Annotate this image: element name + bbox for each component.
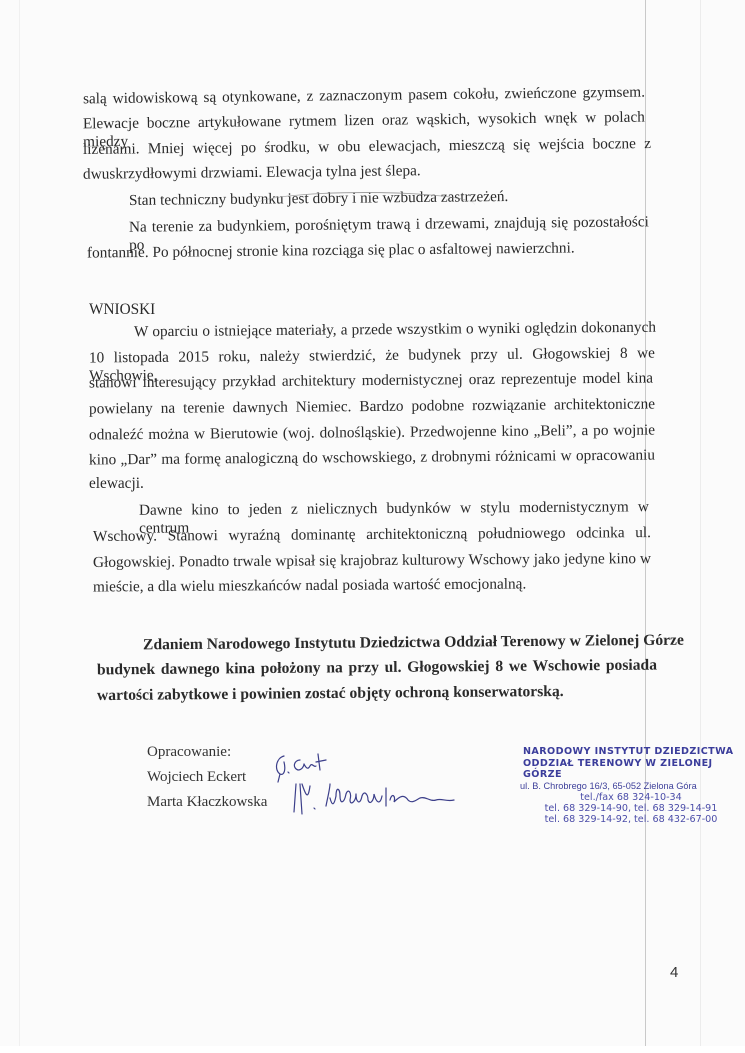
section-heading-conclusions: WNIOSKI — [89, 301, 155, 319]
scan-fold-line — [19, 0, 20, 1046]
opinion-text-line: Zdaniem Narodowego Instytutu Dziedzictwa… — [143, 632, 684, 655]
body-text-line: mieście, a dla wielu mieszkańców nadal p… — [93, 575, 526, 596]
body-text-line: kino „Dar” ma formę analogiczną do wscho… — [89, 447, 655, 470]
body-text-line: odnaleźć można w Bierutowie (woj. dolnoś… — [89, 422, 655, 445]
scan-fold-line — [700, 0, 701, 1046]
body-text-line: Głogowskiej. Ponadto trwale wpisał się k… — [93, 550, 651, 572]
body-text-line: dwuskrzydłowymi drzwiami. Elewacja tylna… — [83, 162, 421, 184]
body-text-line: stanowi interesujący przykład architektu… — [89, 370, 653, 393]
body-text-line: fontannie. Po północnej stronie kina roz… — [87, 239, 575, 262]
stamp-branch-name: ODDZIAŁ TERENOWY W ZIELONEJ GÓRZE — [518, 758, 744, 781]
body-text-line: elewacji. — [89, 475, 144, 493]
page-edge — [0, 1046, 745, 1053]
document-page: salą widowiskową są otynkowane, z zaznac… — [0, 0, 745, 1047]
author-name: Marta Kłaczkowska — [147, 790, 267, 815]
stamp-address: ul. B. Chrobrego 16/3, 65-052 Zielona Gó… — [518, 781, 744, 793]
body-text-line: W oparciu o istniejące materiały, a prze… — [134, 319, 656, 342]
authors-block: Opracowanie: Wojciech Eckert Marta Kłacz… — [147, 740, 267, 815]
opinion-text-line: wartości zabytkowe i powinien zostać obj… — [97, 683, 564, 705]
signature-klaczkowska — [290, 778, 460, 823]
body-text-line: salą widowiskową są otynkowane, z zaznac… — [83, 84, 645, 109]
stamp-phones-1: tel. 68 329-14-90, tel. 68 329-14-91 — [518, 803, 744, 814]
stamp-institution-name: NARODOWY INSTYTUT DZIEDZICTWA — [518, 746, 744, 758]
stamp-fax: tel./fax 68 324-10-34 — [518, 792, 744, 803]
stamp-phones-2: tel. 68 329-14-92, tel. 68 432-67-00 — [518, 814, 744, 825]
institution-stamp: NARODOWY INSTYTUT DZIEDZICTWA ODDZIAŁ TE… — [518, 746, 744, 825]
prepared-by-label: Opracowanie: — [147, 740, 267, 765]
body-text-line: powielany na terenie dawnych Niemiec. Ba… — [89, 396, 655, 419]
body-text-line: Wschowy. Stanowi wyraźną dominantę archi… — [93, 524, 651, 546]
opinion-text-line: budynek dawnego kina położony na przy ul… — [97, 657, 657, 680]
page-number: 4 — [670, 964, 678, 981]
author-name: Wojciech Eckert — [147, 765, 267, 790]
